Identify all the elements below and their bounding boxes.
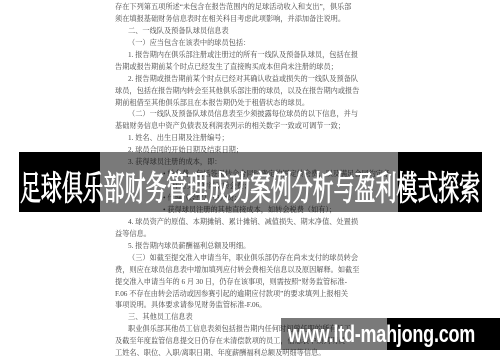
doc-line: （一）应当包含在该表中的球员包括： bbox=[115, 38, 367, 50]
doc-line: 存在下列第五项所述“未包含在报告范围内的足球活动收入和支出”，俱乐部 bbox=[115, 2, 367, 14]
doc-line: 5. 报告期内球员薪酬福利总额及明细。 bbox=[115, 241, 367, 253]
doc-line: F.06 不存在由转会活动或因参赛引起的逾期应付款项”的要求填列上报相关 bbox=[115, 289, 367, 301]
doc-line: （三）如截至提交准入申请当年，职业俱乐部仍存在尚未支付的球员转会 bbox=[115, 253, 367, 265]
doc-line: 须在填报基础财务信息表时在相关科目考虑此项影响，并添加备注说明。 bbox=[115, 14, 367, 26]
doc-line: 1. 姓名、出生日期及注册编号； bbox=[115, 133, 367, 145]
watermark-url: www.ltd-mahjong.com bbox=[288, 318, 475, 350]
doc-line: 基础财务信息中资产负债表及利润表列示的相关数字一致或可调节一致； bbox=[115, 121, 367, 133]
doc-line: 提交准入申请当年的 6 月 30 日，仍存在该事项，则需按照“财务监管标准- bbox=[115, 277, 367, 289]
page: 存在下列第五项所述“未包含在报告范围内的足球活动收入和支出”，俱乐部须在填报基础… bbox=[0, 0, 500, 362]
doc-line: 1. 报告期内在俱乐部注册或注册过的所有一线队及预备队球员，包括在报 bbox=[115, 50, 367, 62]
doc-line: 告期或报告期前某个时点已经发生了直接购买成本但尚未注册的球员； bbox=[115, 62, 367, 74]
title-overlay-band: 足球俱乐部财务管理成功案例分析与盈利模式探索 bbox=[19, 152, 482, 212]
doc-line: 2. 报告期或报告期前某个时点已经对其确认收益或损失的一线队及预备队 bbox=[115, 74, 367, 86]
doc-line: 事项说明。具体要求请参见财务监管标准-F.06。 bbox=[115, 300, 367, 312]
doc-line: 期前租借至其他俱乐部且在本报告期仍处于租借状态的球员。 bbox=[115, 98, 367, 110]
doc-line: 二、一线队及预备队球员信息表 bbox=[115, 26, 367, 38]
page-title: 足球俱乐部财务管理成功案例分析与盈利模式探索 bbox=[20, 159, 480, 219]
watermark-band: www.ltd-mahjong.com bbox=[281, 318, 500, 350]
doc-line: 益等信息。 bbox=[115, 229, 367, 241]
doc-line: 球员，包括在报告期内转会至其他俱乐部注册的球员，以及在报告期内或报告 bbox=[115, 86, 367, 98]
doc-line: （二）一线队及预备队球员信息表至少须披露每位球员的以下信息，并与 bbox=[115, 109, 367, 121]
doc-line: 费，则应在球员信息表中增加填列应付转会费相关信息以及原因解释。如截至 bbox=[115, 265, 367, 277]
